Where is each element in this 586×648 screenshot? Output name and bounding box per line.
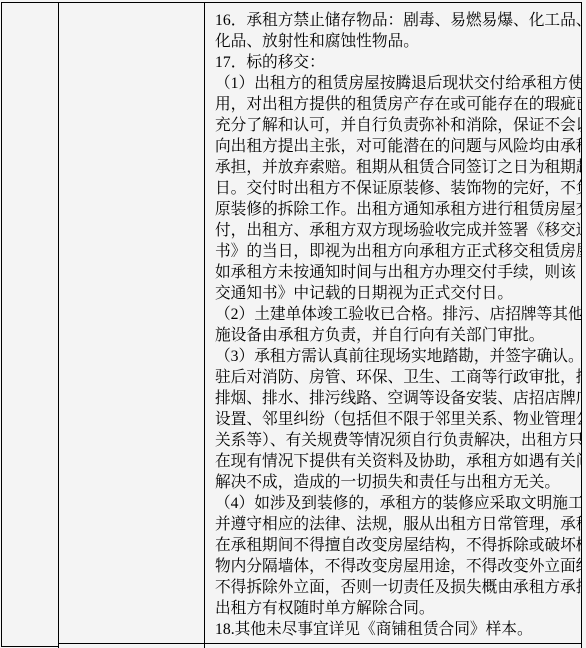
contract-text-line: 出租方有权随时单方解除合同。	[215, 598, 577, 619]
contract-text-line: 用，对出租方提供的租赁房产存在或可能存在的瑕疵已作	[215, 94, 577, 115]
contract-text-line: 排烟、排水、排污线路、空调等设备安装、店招店牌广告	[215, 388, 577, 409]
contract-text-line: 承担，并放弃索赔。租期从租赁合同签订之日为租期起算	[215, 157, 577, 178]
contract-text-line: 如承租方未按通知时间与出租方办理交付手续，则该《移	[215, 262, 577, 283]
contract-text-line: 物内分隔墙体，不得改变房屋用途，不得改变外立面结构，	[215, 556, 577, 577]
table-cell-next-row-content	[204, 643, 582, 648]
contract-text-line: 原装修的拆除工作。出租方通知承租方进行租赁房屋交	[215, 199, 577, 220]
contract-text-line: 17．标的移交：	[215, 52, 577, 73]
contract-text-line: 交通知书》中记载的日期视为正式交付日。	[215, 283, 577, 304]
contract-text-line: 充分了解和认可，并自行负责弥补和消除，保证不会以此	[215, 115, 577, 136]
contract-text-line: （4）如涉及到装修的，承租方的装修应采取文明施工，	[215, 493, 577, 514]
contract-text-line: 关系等）、有关规费等情况须自行负责解决，出租方只能	[215, 430, 577, 451]
contract-text-line: 设置、邻里纠纷（包括但不限于邻里关系、物业管理公司	[215, 409, 577, 430]
contract-text-line: 16．承租方禁止储存物品：剧毒、易燃易爆、化工品、危	[215, 10, 577, 31]
contract-text-line: 不得拆除外立面，否则一切责任及损失概由承租方承担，	[215, 577, 577, 598]
contract-text-line: 施设备由承租方负责，并自行向有关部门审批。	[215, 325, 577, 346]
contract-text-line: 化品、放射性和腐蚀性物品。	[215, 31, 577, 52]
contract-text-line: 解决不成，造成的一切损失和责任与出租方无关。	[215, 472, 577, 493]
table-cell-row-label	[1, 2, 59, 647]
contract-text-line: 18.其他未尽事宜详见《商铺租赁合同》样本。	[215, 619, 577, 640]
table-cell-contract-terms: 16．承租方禁止储存物品：剧毒、易燃易爆、化工品、危化品、放射性和腐蚀性物品。1…	[204, 2, 582, 644]
contract-text-line: 驻后对消防、房管、环保、卫生、工商等行政审批，排油、	[215, 367, 577, 388]
contract-text-line: （2）土建单体竣工验收已合格。排污、店招牌等其他设	[215, 304, 577, 325]
contract-text-line: 并遵守相应的法律、法规，服从出租方日常管理，承租方	[215, 514, 577, 535]
contract-text-line: 书》的当日，即视为出租方向承租方正式移交租赁房屋。	[215, 241, 577, 262]
contract-text-line: 向出租方提出主张，对可能潜在的问题与风险均由承租方	[215, 136, 577, 157]
contract-text-line: 日。交付时出租方不保证原装修、装饰物的完好，不负责	[215, 178, 577, 199]
table-cell-next-row-middle	[58, 643, 205, 648]
contract-text-line: 付，出租方、承租方双方现场验收完成并签署《移交通知	[215, 220, 577, 241]
contract-text-line: 在承租期间不得擅自改变房屋结构，不得拆除或破坏标的	[215, 535, 577, 556]
contract-document-page: 16．承租方禁止储存物品：剧毒、易燃易爆、化工品、危化品、放射性和腐蚀性物品。1…	[0, 0, 586, 648]
contract-text-line: （3）承租方需认真前往现场实地踏勘，并签字确认。入	[215, 346, 577, 367]
contract-text-line: 在现有情况下提供有关资料及协助，承租方如遇有关问题	[215, 451, 577, 472]
contract-text-line: （1）出租方的租赁房屋按腾退后现状交付给承租方使	[215, 73, 577, 94]
table-cell-item-name	[58, 2, 205, 644]
